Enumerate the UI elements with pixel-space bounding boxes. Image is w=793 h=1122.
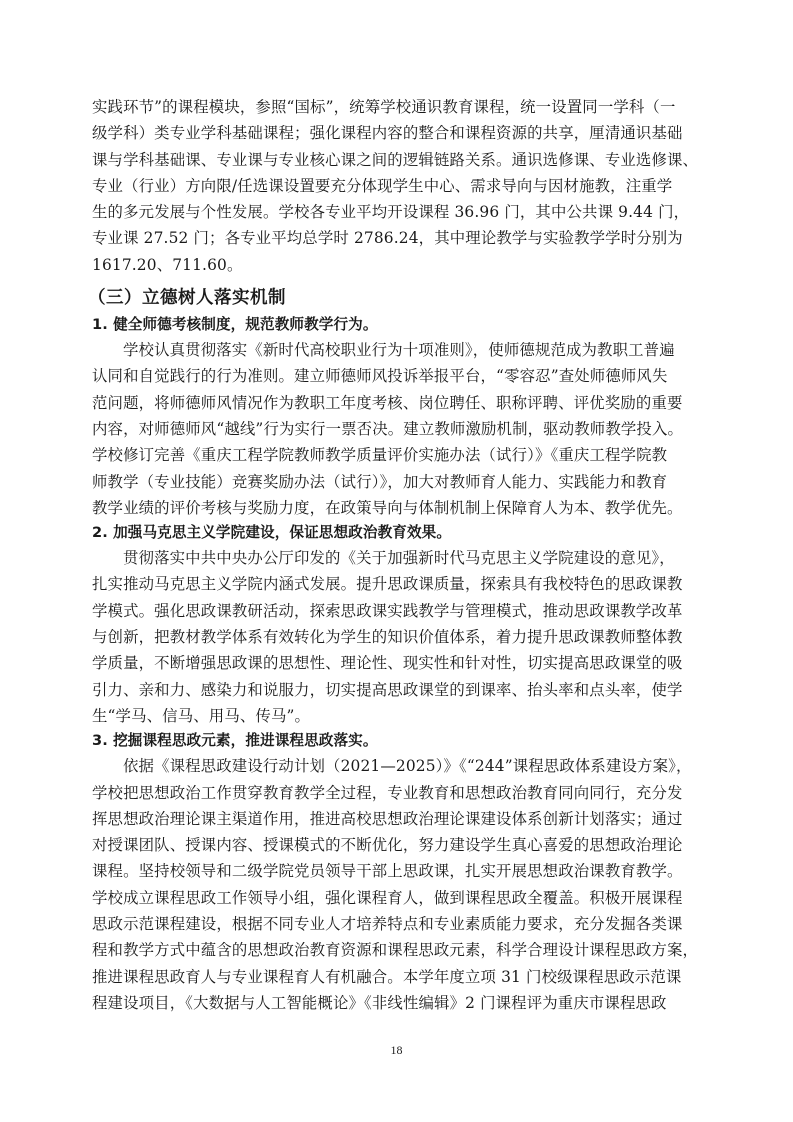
text-line: 学模式。强化思政课教研活动，探索思政课实践教学与管理模式，推动思政课教学改革 (92, 598, 704, 624)
text-line: 生“学马、信马、用马、传马”。 (92, 703, 704, 729)
intro-paragraph: 实践环节”的课程模块，参照“国标”，统筹学校通识教育课程，统一设置同一学科（一 … (92, 94, 704, 278)
text-line: 教学业绩的评价考核与奖励力度，在政策导向与体制机制上保障育人为本、教学优先。 (92, 495, 704, 521)
subsection-2: 2. 加强马克思主义学院建设，保证思想政治教育效果。 贯彻落实中共中央办公厅印发… (92, 521, 704, 729)
subsection-heading: 3. 挖掘课程思政元素，推进课程思政落实。 (92, 729, 704, 753)
text-line: 1617.20、711.60。 (92, 252, 704, 278)
text-line: 实践环节”的课程模块，参照“国标”，统筹学校通识教育课程，统一设置同一学科（一 (92, 94, 704, 120)
text-line: 内容，对师德师风“越线”行为实行一票否决。建立教师激励机制，驱动教师教学投入。 (92, 416, 704, 442)
text-line: 专业（行业）方向限/任选课设置要充分体现学生中心、需求导向与因材施教，注重学 (92, 173, 704, 199)
text-line: 贯彻落实中共中央办公厅印发的《关于加强新时代马克思主义学院建设的意见》， (92, 545, 704, 571)
text-line: 专业课 27.52 门；各专业平均总学时 2786.24，其中理论教学与实验教学… (92, 225, 704, 251)
text-line: 程建设项目，《大数据与人工智能概论》《非线性编辑》2 门课程评为重庆市课程思政 (92, 990, 704, 1016)
text-line: 挥思想政治理论课主渠道作用，推进高校思想政治理论课建设体系创新计划落实；通过 (92, 806, 704, 832)
text-line: 生的多元发展与个性发展。学校各专业平均开设课程 36.96 门，其中公共课 9.… (92, 199, 704, 225)
text-line: 引力、亲和力、感染力和说服力，切实提高思政课堂的到课率、抬头率和点头率，使学 (92, 677, 704, 703)
text-line: 范问题，将师德师风情况作为教职工年度考核、岗位聘任、职称评聘、评优奖励的重要 (92, 390, 704, 416)
document-page: 实践环节”的课程模块，参照“国标”，统筹学校通识教育课程，统一设置同一学科（一 … (92, 94, 704, 1016)
text-line: 课程。坚持校领导和二级学院党员领导干部上思政课，扎实开展思想政治课教育教学。 (92, 858, 704, 884)
text-line: 对授课团队、授课内容、授课模式的不断优化，努力建设学生真心喜爱的思想政治理论 (92, 832, 704, 858)
text-line: 学校认真贯彻落实《新时代高校职业行为十项准则》，使师德规范成为教职工普遍 (92, 337, 704, 363)
text-line: 认同和自觉践行的行为准则。建立师德师风投诉举报平台，“零容忍”查处师德师风失 (92, 363, 704, 389)
text-line: 学校成立课程思政工作领导小组，强化课程育人，做到课程思政全覆盖。积极开展课程 (92, 885, 704, 911)
text-line: 思政示范课程建设，根据不同专业人才培养特点和专业素质能力要求，充分发掘各类课 (92, 911, 704, 937)
subsection-heading: 2. 加强马克思主义学院建设，保证思想政治教育效果。 (92, 521, 704, 545)
page-number: 18 (0, 1043, 793, 1058)
section-heading: （三）立德树人落实机制 (88, 283, 704, 313)
text-line: 依据《课程思政建设行动计划（2021—2025）》《“244”课程思政体系建设方… (92, 753, 704, 779)
text-line: 推进课程思政育人与专业课程育人有机融合。本学年度立项 31 门校级课程思政示范课 (92, 964, 704, 990)
text-line: 学校修订完善《重庆工程学院教师教学质量评价实施办法（试行）》《重庆工程学院教 (92, 442, 704, 468)
subsection-heading: 1. 健全师德考核制度，规范教师教学行为。 (92, 313, 704, 337)
text-line: 扎实推动马克思主义学院内涵式发展。提升思政课质量，探索具有我校特色的思政课教 (92, 571, 704, 597)
subsection-3: 3. 挖掘课程思政元素，推进课程思政落实。 依据《课程思政建设行动计划（2021… (92, 729, 704, 1016)
text-line: 级学科）类专业学科基础课程；强化课程内容的整合和课程资源的共享，厘清通识基础 (92, 120, 704, 146)
text-line: 与创新，把教材教学体系有效转化为学生的知识价值体系，着力提升思政课教师整体教 (92, 624, 704, 650)
subsection-1: 1. 健全师德考核制度，规范教师教学行为。 学校认真贯彻落实《新时代高校职业行为… (92, 313, 704, 521)
text-line: 课与学科基础课、专业课与专业核心课之间的逻辑链路关系。通识选修课、专业选修课、 (92, 147, 704, 173)
text-line: 程和教学方式中蕴含的思想政治教育资源和课程思政元素，科学合理设计课程思政方案， (92, 937, 704, 963)
text-line: 学校把思想政治工作贯穿教育教学全过程，专业教育和思想政治教育同向同行，充分发 (92, 780, 704, 806)
text-line: 师教学（专业技能）竞赛奖励办法（试行）》，加大对教师育人能力、实践能力和教育 (92, 469, 704, 495)
text-line: 学质量，不断增强思政课的思想性、理论性、现实性和针对性，切实提高思政课堂的吸 (92, 650, 704, 676)
